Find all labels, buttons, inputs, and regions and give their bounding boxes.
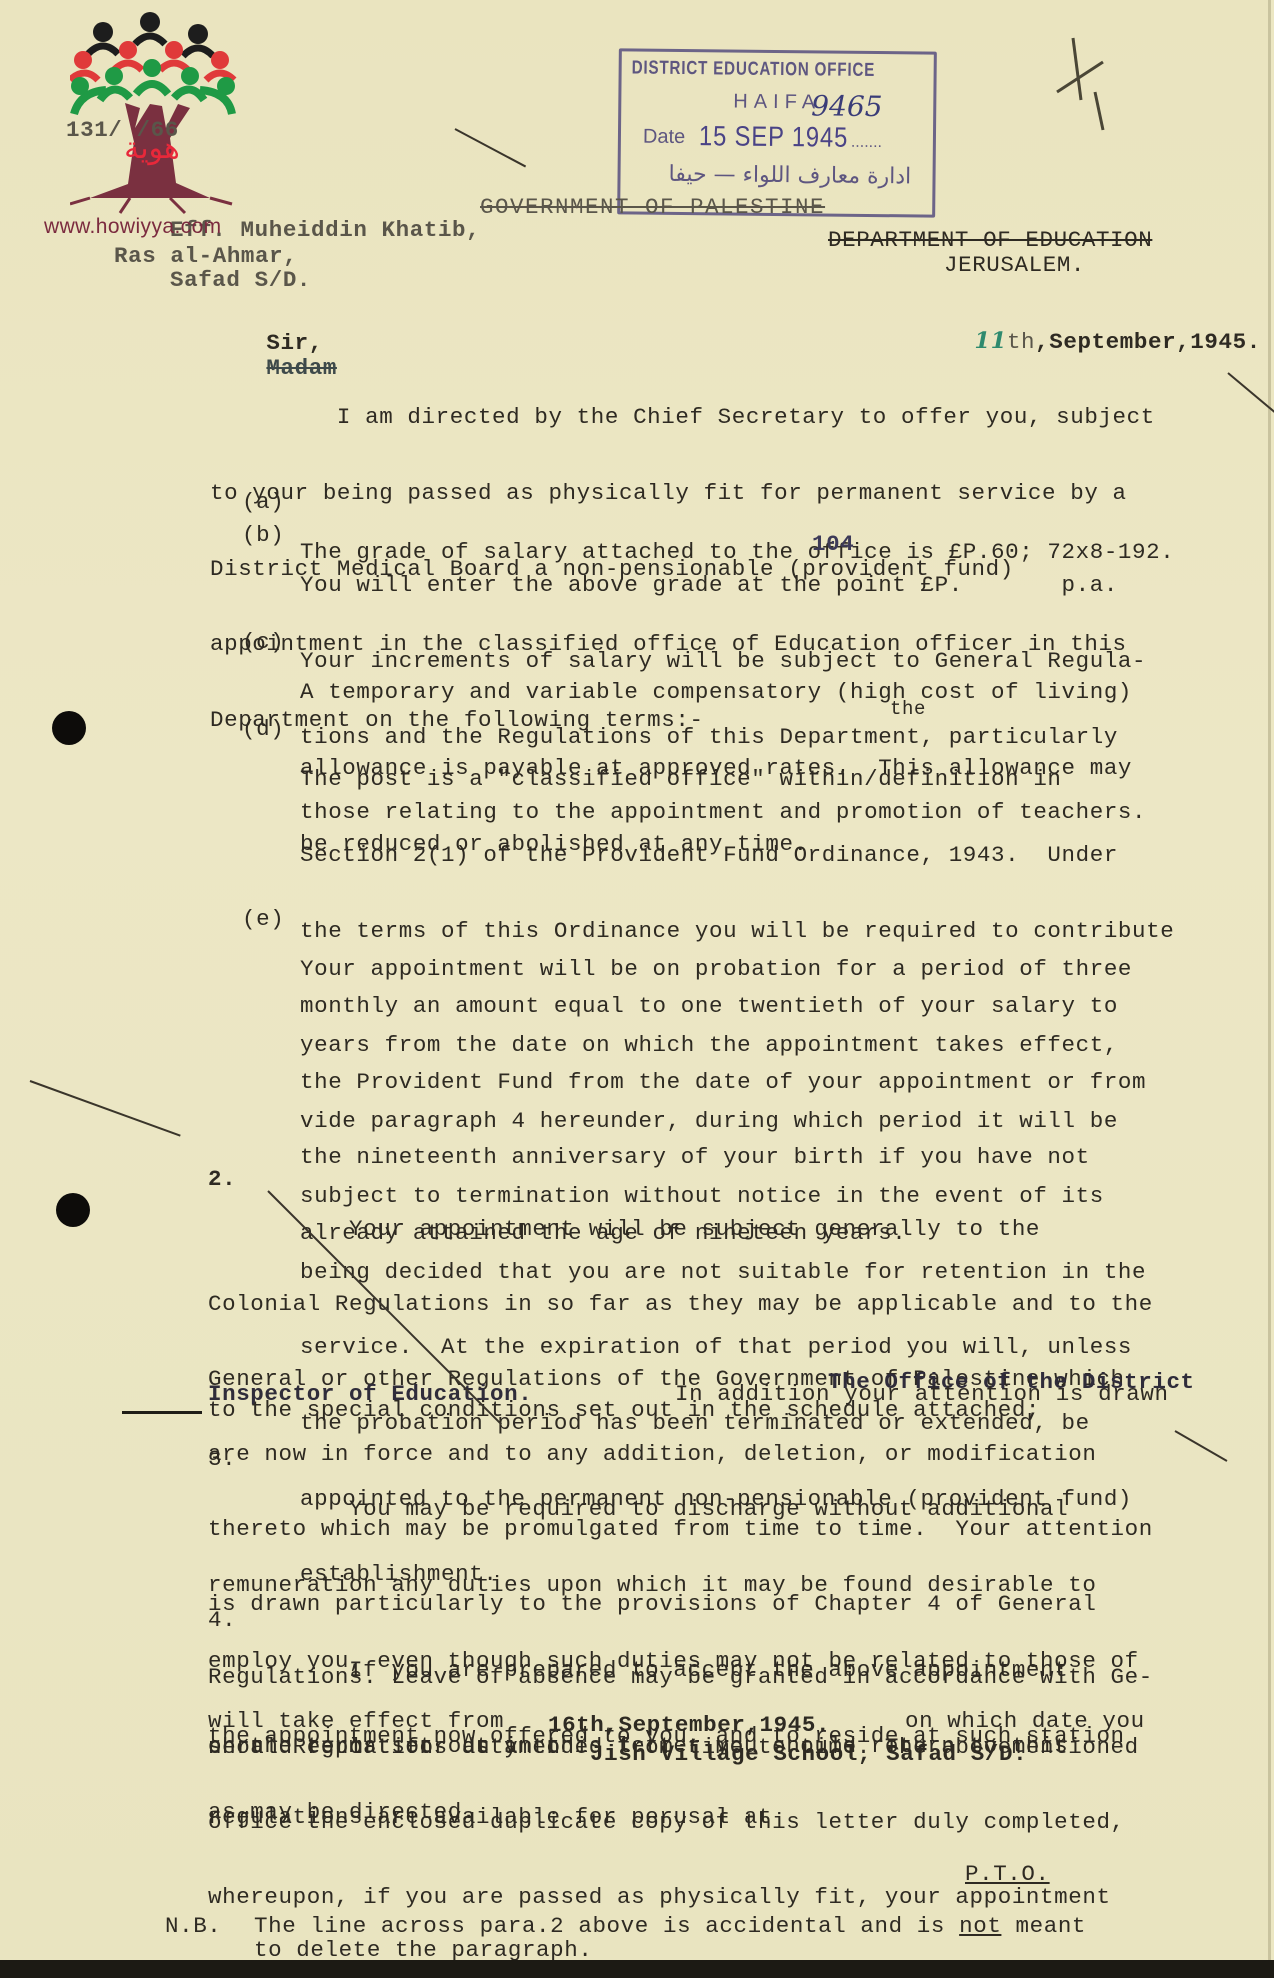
para4-number: 4. xyxy=(208,1608,236,1633)
salary-entry-point: 104 xyxy=(812,532,854,557)
date-day-handwritten: 11 xyxy=(974,328,1007,354)
nb-emphasis-not: not xyxy=(959,1913,1001,1939)
letterhead-department: DEPARTMENT OF EDUCATION xyxy=(828,228,1152,253)
intro-line: I am directed by the Chief Secretary to … xyxy=(210,405,1155,430)
para4-effect-prefix: will take effect from xyxy=(208,1709,504,1734)
term-line: Your appointment will be on probation fo… xyxy=(300,957,1146,982)
nb-text: The line across para.2 above is accident… xyxy=(254,1913,959,1939)
please-turn-over: P.T.O. xyxy=(965,1862,1050,1887)
para-line: Colonial Regulations in so far as they m… xyxy=(208,1292,1153,1317)
term-e-label: (e) xyxy=(242,907,284,932)
margin-rule xyxy=(122,1411,202,1414)
pen-mark xyxy=(1175,1430,1228,1462)
para2-last-line: to the special conditions set out in the… xyxy=(208,1398,1040,1423)
punch-hole-upper xyxy=(52,711,86,745)
term-line: Section 2(1) of the Provident Fund Ordin… xyxy=(300,843,1174,868)
para4-effect-date: 16th,September,1945. xyxy=(548,1713,830,1738)
term-line: A temporary and variable compensatory (h… xyxy=(300,680,1132,705)
pen-mark xyxy=(455,128,527,167)
district-education-office-stamp: DISTRICT EDUCATION OFFICE HAIFA 9465 Dat… xyxy=(617,48,937,217)
pen-mark xyxy=(30,1080,181,1137)
letterhead-government: GOVERNMENT OF PALESTINE xyxy=(480,195,825,220)
para-line: You may be required to discharge without… xyxy=(208,1497,1139,1522)
reference-number: 131/ /66 xyxy=(66,118,179,143)
stamp-office: DISTRICT EDUCATION OFFICE xyxy=(632,57,876,82)
term-c-label: (c) xyxy=(242,630,284,655)
stamp-date-label: Date xyxy=(643,126,685,149)
nb-line-1: The line across para.2 above is accident… xyxy=(254,1914,1086,1939)
stamp-handwritten-number: 9465 xyxy=(811,89,883,123)
para4-text: If you are prepared to accept the above … xyxy=(208,1608,1125,1961)
stamp-arabic-line: ادارة معارف اللواء — حيفا xyxy=(668,162,911,190)
stamp-date-value: 15 SEP 1945 xyxy=(699,120,849,154)
punch-hole-lower xyxy=(56,1193,90,1227)
para-line: Your appointment will be subject general… xyxy=(208,1217,1153,1242)
nb-label: N.B. xyxy=(165,1914,221,1939)
para4-report-prefix: should report for duty to xyxy=(208,1735,561,1760)
date-rest: ,September,1945. xyxy=(1035,329,1261,355)
para3-number: 3. xyxy=(208,1447,236,1472)
para-line: remuneration any duties upon which it ma… xyxy=(208,1573,1139,1598)
para-line: If you are prepared to accept the above … xyxy=(208,1658,1125,1683)
letterhead-city: JERUSALEM. xyxy=(944,253,1085,278)
addressee-village: Ras al-Ahmar, xyxy=(114,244,297,269)
page-bottom-edge xyxy=(0,1960,1274,1978)
howiyya-tree-logo-icon: هوية xyxy=(70,8,240,218)
term-line: The post is a "classified office" within… xyxy=(300,767,1174,792)
letter-page: هوية 131/ /66 Eff. Muheiddin Khatib, www… xyxy=(0,0,1271,1960)
stamp-dots: ....... xyxy=(851,134,882,152)
stamp-city: HAIFA xyxy=(733,91,821,115)
term-line: years from the date on which the appoint… xyxy=(300,1033,1146,1058)
addressee-district: Safad S/D. xyxy=(170,268,311,293)
para-line: office the enclosed duplicate copy of th… xyxy=(208,1810,1125,1835)
term-b-label: (b) xyxy=(242,523,284,548)
handwritten-page-marker-icon xyxy=(1055,30,1125,140)
watermark-url: www.howiyya.com xyxy=(44,215,222,239)
term-d-label: (d) xyxy=(242,717,284,742)
salutation-sir: Sir, xyxy=(266,330,322,356)
para4-report-place: Jish Village School, Safad S/D. xyxy=(590,1742,1027,1767)
para4-effect-suffix: on which date you xyxy=(905,1709,1145,1734)
term-line: You will enter the above grade at the po… xyxy=(300,573,1146,598)
nb-text: meant xyxy=(1001,1913,1086,1939)
date-day-suffix: th xyxy=(1007,329,1035,355)
term-a-label: (a) xyxy=(242,490,284,515)
term-line: vide paragraph 4 hereunder, during which… xyxy=(300,1109,1146,1134)
para-line: whereupon, if you are passed as physical… xyxy=(208,1885,1125,1910)
